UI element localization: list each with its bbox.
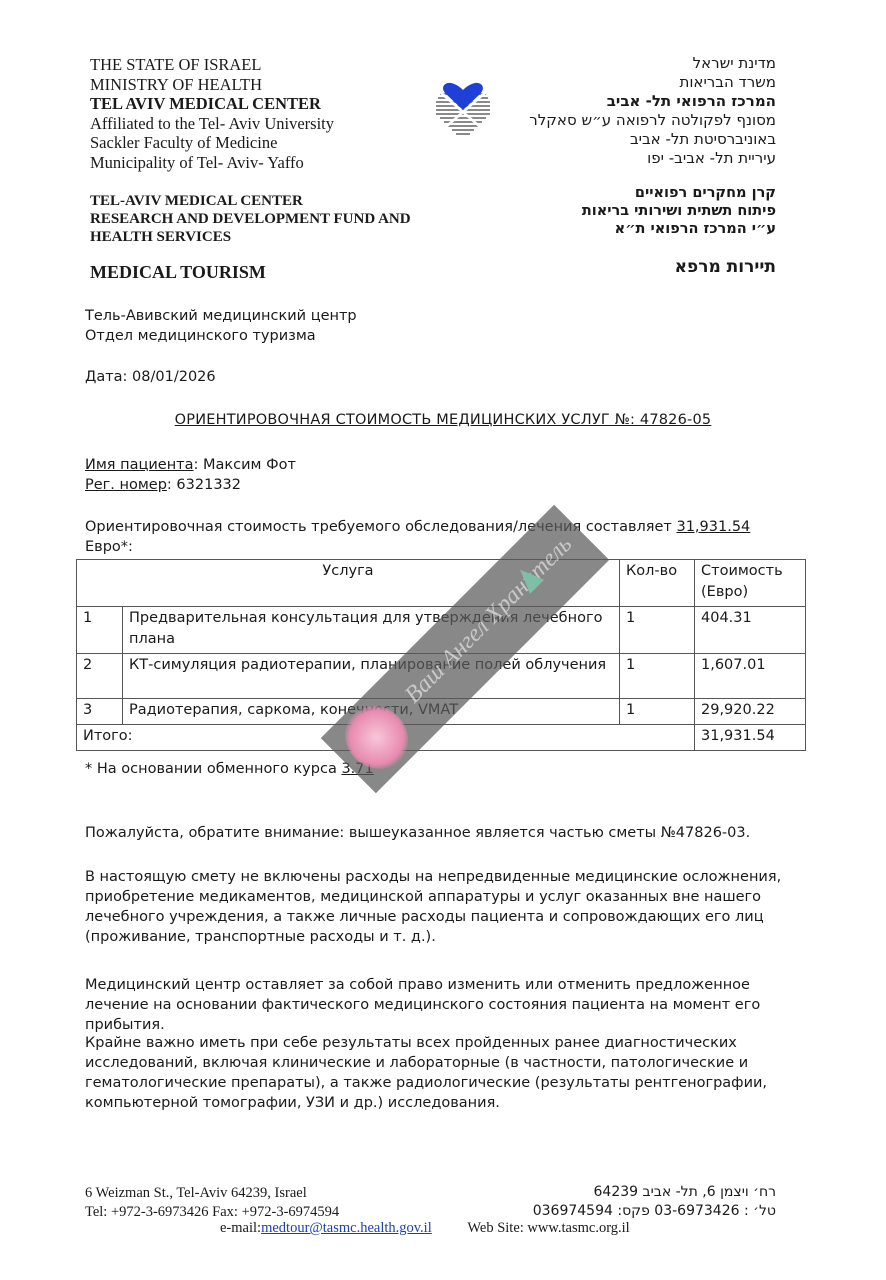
footer-address-hebrew: רח׳ ויצמן 6, תל- אביב 64239 bbox=[533, 1183, 776, 1202]
date-value: 08/01/2026 bbox=[132, 369, 216, 385]
table-row: 2 КТ-симуляция радиотерапии, планировани… bbox=[77, 654, 806, 699]
hospital-logo-icon bbox=[432, 80, 494, 140]
table-total-row: Итого: 31,931.54 bbox=[77, 725, 806, 751]
estimate-text: Ориентировочная стоимость требуемого обс… bbox=[85, 519, 676, 535]
fund-line: HEALTH SERVICES bbox=[90, 228, 411, 246]
fund-line: ע״י המרכז הרפואי ת״א bbox=[582, 220, 776, 238]
header-line: THE STATE OF ISRAEL bbox=[90, 55, 334, 75]
header-hebrew: מדינת ישראל משרד הבריאות המרכז הרפואי תל… bbox=[529, 54, 776, 168]
row-service: Предварительная консультация для утвержд… bbox=[123, 607, 620, 654]
header-line: Affiliated to the Tel- Aviv University bbox=[90, 114, 334, 134]
department-line: Отдел медицинского туризма bbox=[85, 326, 357, 346]
row-service: Радиотерапия, саркома, конечности, VMAT bbox=[123, 699, 620, 725]
fund-line: TEL-AVIV MEDICAL CENTER bbox=[90, 192, 411, 210]
header-english: THE STATE OF ISRAEL MINISTRY OF HEALTH T… bbox=[90, 55, 334, 172]
footer-contact-hebrew: רח׳ ויצמן 6, תל- אביב 64239 טל׳ : 03-697… bbox=[533, 1183, 776, 1221]
footer-phone-hebrew: טל׳ : 03-6973426 פקס: 036974594 bbox=[533, 1202, 776, 1221]
department-block: Тель-Авивский медицинский центр Отдел ме… bbox=[85, 306, 357, 346]
email-label: e-mail: bbox=[220, 1220, 261, 1236]
patient-info: Имя пациента: Максим Фот Рег. номер: 632… bbox=[85, 455, 296, 495]
row-qty: 1 bbox=[620, 699, 695, 725]
fund-line: פיתוח תשתית ושירותי בריאות bbox=[582, 202, 776, 220]
header-line: מדינת ישראל bbox=[529, 54, 776, 73]
row-qty: 1 bbox=[620, 654, 695, 699]
total-value: 31,931.54 bbox=[695, 725, 806, 751]
header-cost: Стоимость (Евро) bbox=[695, 560, 806, 607]
table-header-row: Услуга Кол-во Стоимость (Евро) bbox=[77, 560, 806, 607]
header-line: עיריית תל- אביב- יפו bbox=[529, 149, 776, 168]
exchange-rate-footnote: * На основании обменного курса 3.71 bbox=[85, 759, 374, 779]
website-link[interactable]: Web Site: www.tasmc.org.il bbox=[467, 1220, 629, 1236]
header-line: משרד הבריאות bbox=[529, 73, 776, 92]
date-label: Дата: bbox=[85, 369, 127, 385]
row-cost: 404.31 bbox=[695, 607, 806, 654]
header-line: המרכז הרפואי תל- אביב bbox=[529, 92, 776, 111]
patient-name-value: : Максим Фот bbox=[194, 457, 296, 473]
row-cost: 1,607.01 bbox=[695, 654, 806, 699]
note-part-of-estimate: Пожалуйста, обратите внимание: вышеуказа… bbox=[85, 823, 750, 843]
department-heading-english: MEDICAL TOURISM bbox=[90, 262, 266, 283]
fund-name-english: TEL-AVIV MEDICAL CENTER RESEARCH AND DEV… bbox=[90, 192, 411, 246]
document-title: ОРИЕНТИРОВОЧНАЯ СТОИМОСТЬ МЕДИЦИНСКИХ УС… bbox=[0, 410, 886, 430]
note-exclusions: В настоящую смету не включены расходы на… bbox=[85, 867, 805, 947]
row-qty: 1 bbox=[620, 607, 695, 654]
table-row: 3 Радиотерапия, саркома, конечности, VMA… bbox=[77, 699, 806, 725]
note-results: Крайне важно иметь при себе результаты в… bbox=[85, 1033, 805, 1113]
patient-name-label: Имя пациента bbox=[85, 457, 194, 473]
header-qty: Кол-во bbox=[620, 560, 695, 607]
row-number: 3 bbox=[77, 699, 123, 725]
footer-contact-english: 6 Weizman St., Tel-Aviv 64239, Israel Te… bbox=[85, 1184, 339, 1222]
header-line: TEL AVIV MEDICAL CENTER bbox=[90, 94, 334, 114]
header-line: באוניברסיטת תל- אביב bbox=[529, 130, 776, 149]
header-line: Municipality of Tel- Aviv- Yaffo bbox=[90, 153, 334, 173]
date-line: Дата: 08/01/2026 bbox=[85, 367, 216, 387]
patient-name-row: Имя пациента: Максим Фот bbox=[85, 455, 296, 475]
fund-name-hebrew: קרן מחקרים רפואיים פיתוח תשתית ושירותי ב… bbox=[582, 184, 776, 238]
email-link[interactable]: medtour@tasmc.health.gov.il bbox=[261, 1220, 432, 1236]
total-label: Итого: bbox=[77, 725, 695, 751]
header-service: Услуга bbox=[77, 560, 620, 607]
row-cost: 29,920.22 bbox=[695, 699, 806, 725]
fund-line: RESEARCH AND DEVELOPMENT FUND AND bbox=[90, 210, 411, 228]
department-heading-hebrew: תיירות מרפא bbox=[675, 257, 776, 277]
patient-reg-row: Рег. номер: 6321332 bbox=[85, 475, 296, 495]
estimate-summary: Ориентировочная стоимость требуемого обс… bbox=[85, 517, 785, 557]
patient-reg-value: : 6321332 bbox=[167, 477, 241, 493]
row-number: 2 bbox=[77, 654, 123, 699]
row-number: 1 bbox=[77, 607, 123, 654]
services-table: Услуга Кол-во Стоимость (Евро) 1 Предвар… bbox=[76, 559, 806, 751]
footnote-text: * На основании обменного курса bbox=[85, 761, 341, 777]
header-line: Sackler Faculty of Medicine bbox=[90, 133, 334, 153]
department-line: Тель-Авивский медицинский центр bbox=[85, 306, 357, 326]
patient-reg-label: Рег. номер bbox=[85, 477, 167, 493]
exchange-rate-value: 3.71 bbox=[341, 761, 373, 777]
fund-line: קרן מחקרים רפואיים bbox=[582, 184, 776, 202]
header-line: מסונף לפקולטה לרפואה ע״ש סאקלר bbox=[529, 111, 776, 130]
header-line: MINISTRY OF HEALTH bbox=[90, 75, 334, 95]
estimate-currency: Евро*: bbox=[85, 539, 133, 555]
footer-address: 6 Weizman St., Tel-Aviv 64239, Israel bbox=[85, 1184, 339, 1203]
table-row: 1 Предварительная консультация для утвер… bbox=[77, 607, 806, 654]
estimate-amount: 31,931.54 bbox=[676, 519, 750, 535]
footer-links: e-mail:medtour@tasmc.health.gov.il Web S… bbox=[220, 1220, 630, 1237]
note-rights: Медицинский центр оставляет за собой пра… bbox=[85, 975, 805, 1035]
row-service: КТ-симуляция радиотерапии, планирование … bbox=[123, 654, 620, 699]
